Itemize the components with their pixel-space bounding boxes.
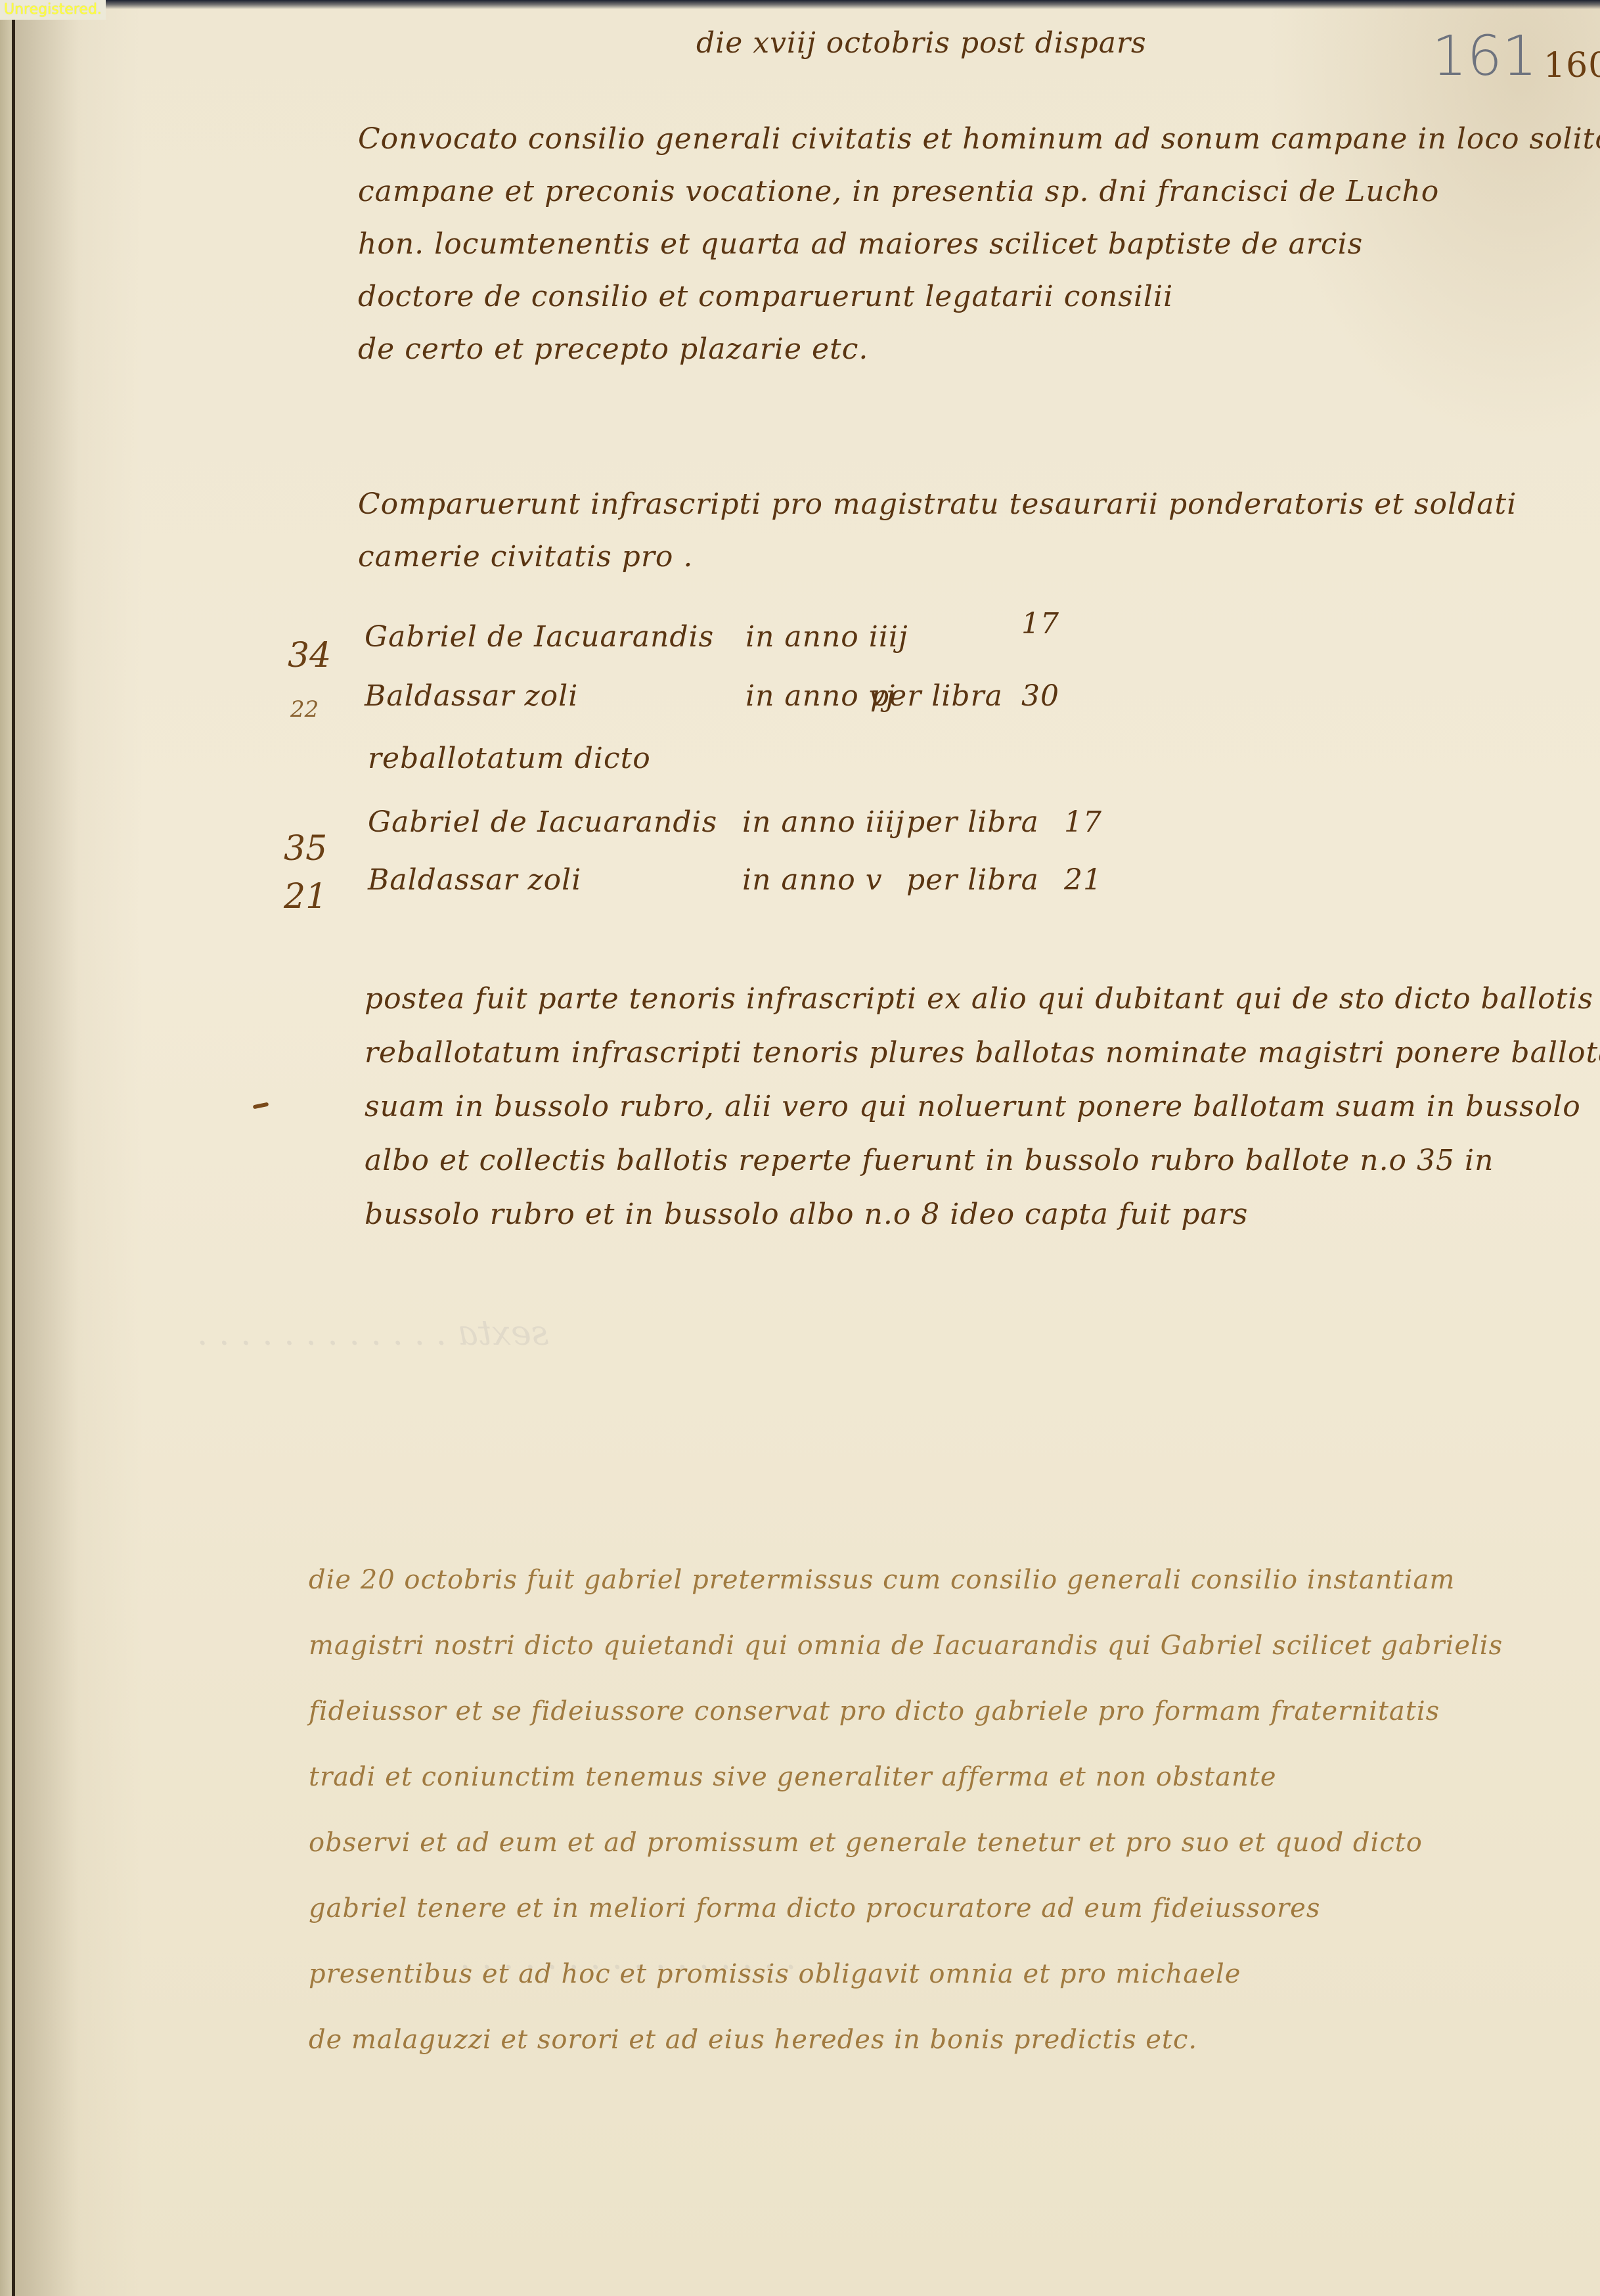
text-line: de malaguzzi et sorori et ad eius herede… [309, 2007, 1503, 2073]
candidate-name: Gabriel de Iacuarandis [365, 620, 714, 654]
text-line: reballotatum infrascripti tenoris plures… [365, 1026, 1600, 1080]
margin-vote-count: 22 [290, 696, 319, 723]
candidate-per-libra: per libra [870, 677, 1003, 716]
text-line: albo et collectis ballotis reperte fueru… [365, 1134, 1600, 1188]
text-line: camerie civitatis pro . [358, 531, 1517, 583]
text-line: postea fuit parte tenoris infrascripti e… [365, 972, 1600, 1026]
text-line: gabriel tenere et in meliori forma dicto… [309, 1876, 1503, 1941]
candidate-per-libra: per libra [906, 861, 1039, 900]
text-line: presentibus et ad hoc et promissis oblig… [309, 1941, 1503, 2007]
text-line: suam in bussolo rubro, alii vero qui nol… [365, 1080, 1600, 1134]
scan-top-shadow [15, 0, 1600, 9]
text-line: Convocato consilio generali civitatis et… [358, 113, 1600, 166]
text-line: magistri nostri dicto quietandi qui omni… [309, 1613, 1503, 1678]
margin-vote-count: 21 [284, 877, 327, 916]
paragraph-surety-note: die 20 octobris fuit gabriel pretermissu… [309, 1547, 1503, 2073]
candidate-term: in anno v [742, 861, 883, 900]
bleed-through-text: sexta . . . . . . . . . . . . [197, 1314, 548, 1353]
entry-heading-date: die xviij octobris post dispars [696, 26, 1147, 60]
text-line: die 20 octobris fuit gabriel pretermissu… [309, 1547, 1503, 1613]
text-line: Comparuerunt infrascripti pro magistratu… [358, 478, 1517, 531]
candidate-name: Baldassar zoli [365, 679, 578, 713]
candidate-row: Baldassar zoli in anno vj per libra 30 [365, 677, 578, 716]
reballotation-label: reballotatum dicto [368, 739, 651, 778]
candidate-name: Baldassar zoli [368, 863, 581, 897]
margin-vote-count: 34 [288, 636, 331, 675]
text-line: fideiussor et se fideiussore conservat p… [309, 1678, 1503, 1744]
folio-number-ink: 160 [1544, 46, 1600, 85]
paragraph-candidates-intro: Comparuerunt infrascripti pro magistratu… [358, 478, 1517, 583]
margin-vote-count: 35 [284, 829, 327, 868]
candidate-row: Baldassar zoli in anno v per libra 21 [368, 861, 581, 900]
candidate-vote-value: 17 [1064, 803, 1102, 842]
candidate-row: Gabriel de Iacuarandis in anno iiij 17 [365, 618, 714, 657]
paragraph-council-convocation: Convocato consilio generali civitatis et… [358, 113, 1600, 376]
text-line: observi et ad eum et ad promissum et gen… [309, 1810, 1503, 1876]
candidate-vote-value: 21 [1064, 861, 1102, 900]
candidate-vote-value: 17 [1021, 604, 1059, 644]
unregistered-watermark: Unregistered. [0, 0, 106, 20]
text-line: bussolo rubro et in bussolo albo n.o 8 i… [365, 1188, 1600, 1242]
text-line: doctore de consilio et comparuerunt lega… [358, 271, 1600, 323]
candidate-term: in anno iiij [742, 803, 905, 842]
candidate-row: Gabriel de Iacuarandis in anno iiij per … [368, 803, 717, 842]
text-line: hon. locumtenentis et quarta ad maiores … [358, 218, 1600, 271]
paragraph-ballot-result: postea fuit parte tenoris infrascripti e… [365, 972, 1600, 1242]
candidate-term: in anno iiij [745, 618, 908, 657]
folio-number-pencil: 161 [1432, 24, 1537, 88]
text-line: de certo et precepto plazarie etc. [358, 323, 1600, 376]
text-line: tradi et coniunctim tenemus sive general… [309, 1744, 1503, 1810]
candidate-per-libra: per libra [906, 803, 1039, 842]
candidate-name: Gabriel de Iacuarandis [368, 805, 717, 839]
text-line: campane et preconis vocatione, in presen… [358, 166, 1600, 218]
candidate-vote-value: 30 [1021, 677, 1059, 716]
